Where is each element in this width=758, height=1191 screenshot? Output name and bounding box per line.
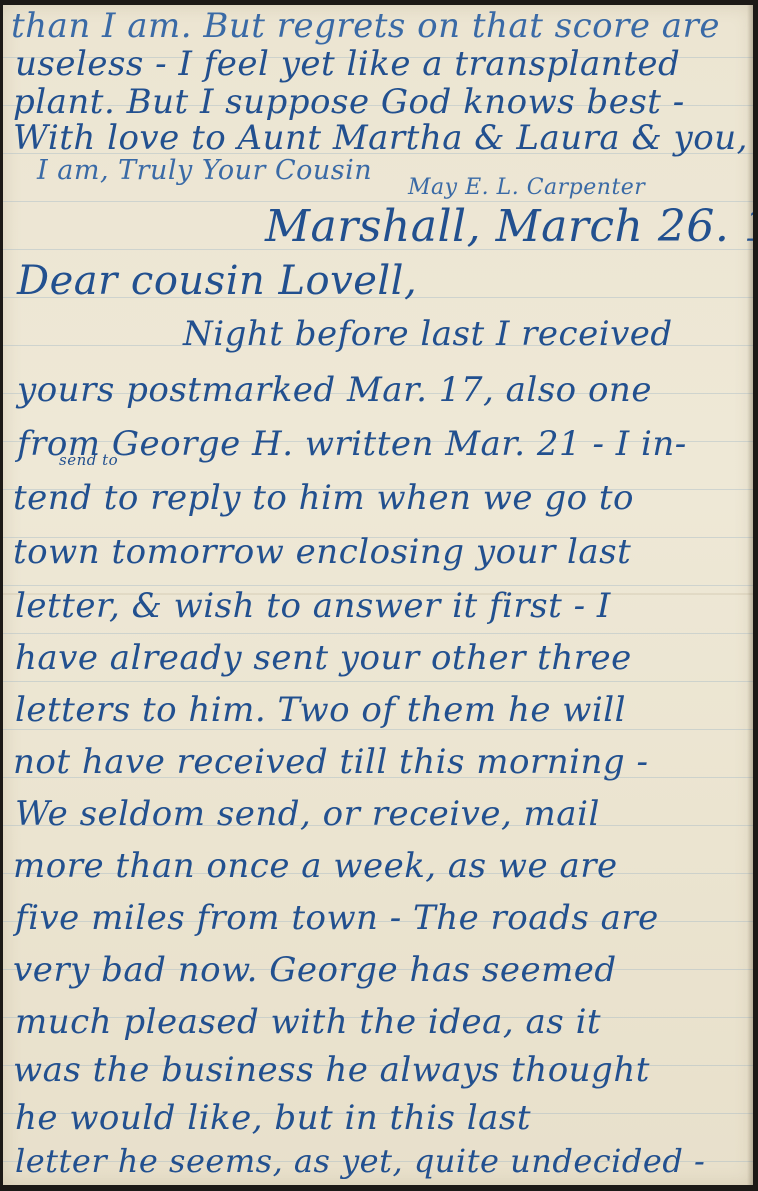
body-line: letter, & wish to answer it first - I (15, 589, 611, 623)
interlinear-insertion: send to (59, 453, 118, 468)
body-line: very bad now. George has seemed (13, 953, 617, 987)
page-edge-shadow (747, 5, 753, 1185)
body-line: town tomorrow enclosing your last (13, 535, 631, 569)
ruled-line (3, 633, 753, 634)
closing: I am, Truly Your Cousin (37, 157, 372, 184)
body-line: he would like, but in this last (15, 1101, 531, 1135)
body-line: not have received till this morning - (13, 745, 648, 779)
signature: May E. L. Carpenter (408, 177, 645, 199)
body-line: more than once a week, as we are (13, 849, 618, 883)
salutation: Dear cousin Lovell, (17, 261, 417, 301)
body-line: tend to reply to him when we go to (13, 481, 634, 515)
previous-letter-line: than I am. But regrets on that score are (11, 9, 720, 43)
body-line: five miles from town - The roads are (15, 901, 659, 935)
previous-letter-line: useless - I feel yet like a transplanted (15, 47, 680, 81)
body-line: letters to him. Two of them he will (15, 693, 626, 727)
previous-letter-line: With love to Aunt Martha & Laura & you, (13, 121, 748, 155)
previous-letter-line: plant. But I suppose God knows best - (13, 85, 685, 119)
body-line: We seldom send, or receive, mail (15, 797, 600, 831)
ruled-line (3, 681, 753, 682)
body-line: yours postmarked Mar. 17, also one (17, 373, 652, 407)
body-line: much pleased with the idea, as it (15, 1005, 601, 1039)
scan-frame: than I am. But regrets on that score are… (0, 0, 758, 1191)
body-line: have already sent your other three (15, 641, 632, 675)
dateline: Marshall, March 26. 1887 - (265, 205, 753, 249)
body-line: letter he seems, as yet, quite undecided… (15, 1145, 705, 1177)
letter-page: than I am. But regrets on that score are… (3, 5, 753, 1185)
body-line: was the business he always thought (13, 1053, 650, 1087)
body-line: Night before last I received (183, 317, 673, 351)
